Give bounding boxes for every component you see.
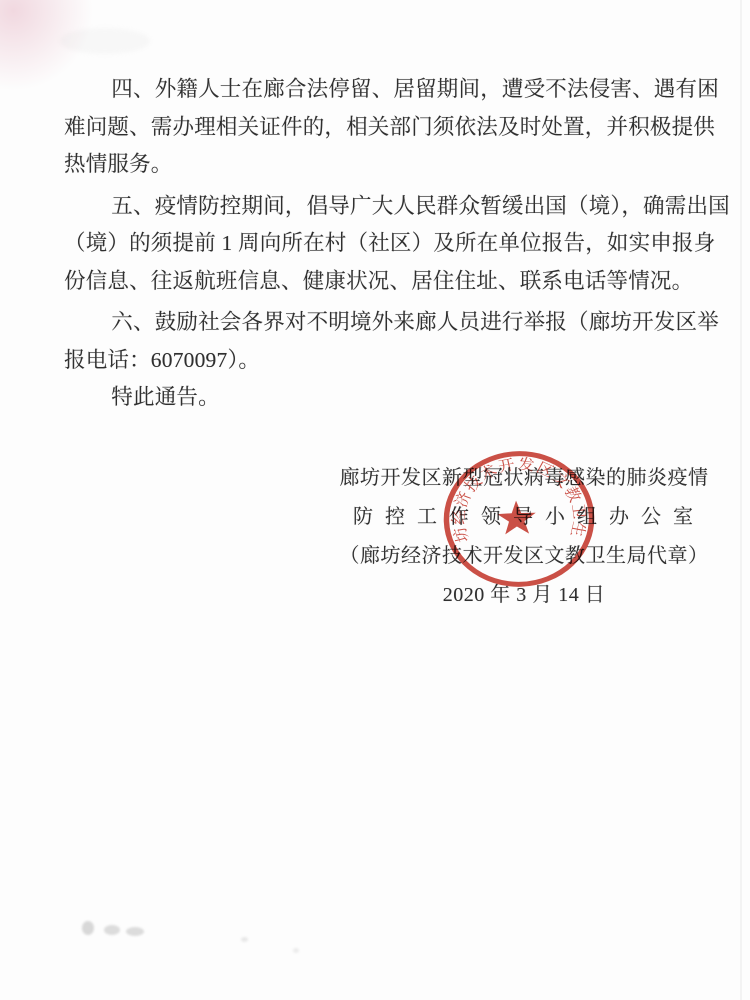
scan-speck <box>104 925 120 935</box>
scan-edge-line <box>740 0 742 1000</box>
body-line-item4-1: 四、外籍人士在廊合法停留、居留期间，遭受不法侵害、遇有困 <box>64 71 714 109</box>
body-line-item6-1: 六、鼓励社会各界对不明境外来廊人员进行举报（廊坊开发区举 <box>64 304 714 342</box>
official-seal-stamp: 廊坊经济技术开发区文教卫生局 <box>439 445 600 592</box>
body-line-item4-2: 难问题、需办理相关证件的，相关部门须依法及时处置，并积极提供 <box>64 109 714 147</box>
scan-speck <box>82 921 94 935</box>
scan-speck <box>126 927 144 936</box>
body-line-item5-2: （境）的须提前 1 周向所在村（社区）及所在单位报告，如实申报身 <box>64 225 714 263</box>
body-line-closing: 特此通告。 <box>64 379 714 417</box>
body-line-item5-1: 五、疫情防控期间，倡导广大人民群众暂缓出国（境），确需出国 <box>64 188 714 226</box>
scan-speck <box>293 948 299 953</box>
notice-body: 四、外籍人士在廊合法停留、居留期间，遭受不法侵害、遇有困 难问题、需办理相关证件… <box>64 71 714 417</box>
scan-speck <box>241 937 248 942</box>
seal-star-icon <box>497 500 537 535</box>
scan-haze <box>60 28 150 54</box>
seal-ring-text: 廊坊经济技术开发区文教卫生局 <box>439 445 590 545</box>
scanned-notice-page: 四、外籍人士在廊合法停留、居留期间，遭受不法侵害、遇有困 难问题、需办理相关证件… <box>0 0 750 1000</box>
body-line-item5-3: 份信息、往返航班信息、健康状况、居住住址、联系电话等情况。 <box>64 263 714 301</box>
body-line-item6-2: 报电话：6070097）。 <box>64 342 714 380</box>
body-line-item4-3: 热情服务。 <box>64 146 714 184</box>
